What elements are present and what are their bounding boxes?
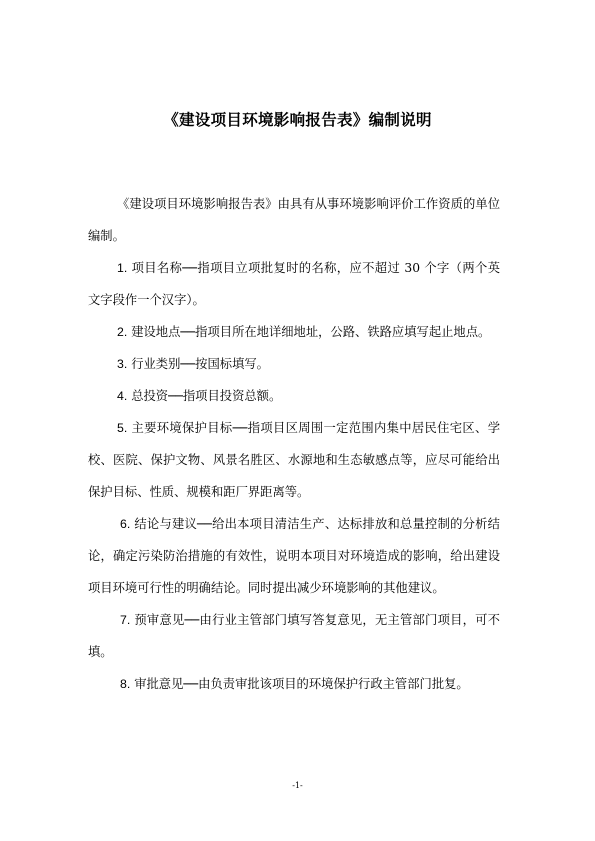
item-number: 8. <box>120 677 130 691</box>
item-text: 结论与建议──给出本项目清洁生产、达标排放和总量控制的分析结论，确定污染防治措施… <box>88 517 500 595</box>
item-number: 1. <box>117 261 127 275</box>
item-8: 8. 审批意见──由负责审批该项目的环境保护行政主管部门批复。 <box>88 668 500 700</box>
item-text: 审批意见──由负责审批该项目的环境保护行政主管部门批复。 <box>134 677 469 691</box>
item-number: 2. <box>117 325 127 339</box>
item-number: 6. <box>120 517 130 531</box>
item-text: 预审意见──由行业主管部门填写答复意见，无主管部门项目，可不填。 <box>88 613 500 659</box>
item-text: 行业类别──按国标填写。 <box>131 357 269 371</box>
item-number: 4. <box>117 389 127 403</box>
item-number: 5. <box>117 421 127 435</box>
item-text: 主要环境保护目标──指项目区周围一定范围内集中居民住宅区、学校、医院、保护文物、… <box>88 421 500 499</box>
item-text: 建设地点──指项目所在地详细地址，公路、铁路应填写起止地点。 <box>131 325 490 339</box>
item-5: 5. 主要环境保护目标──指项目区周围一定范围内集中居民住宅区、学校、医院、保护… <box>88 412 500 508</box>
page-number: -1- <box>0 781 595 790</box>
item-text: 总投资──指项目投资总额。 <box>131 389 281 403</box>
item-number: 3. <box>117 357 127 371</box>
intro-paragraph: 《建设项目环境影响报告表》由具有从事环境影响评价工作资质的单位编制。 <box>88 188 500 252</box>
item-3: 3. 行业类别──按国标填写。 <box>88 348 500 380</box>
item-7: 7. 预审意见──由行业主管部门填写答复意见，无主管部门项目，可不填。 <box>88 604 500 668</box>
item-number: 7. <box>120 613 130 627</box>
item-4: 4. 总投资──指项目投资总额。 <box>88 380 500 412</box>
item-2: 2. 建设地点──指项目所在地详细地址，公路、铁路应填写起止地点。 <box>88 316 500 348</box>
document-body: 《建设项目环境影响报告表》由具有从事环境影响评价工作资质的单位编制。 1. 项目… <box>88 188 500 700</box>
document-title: 《建设项目环境影响报告表》编制说明 <box>0 108 595 130</box>
item-6: 6. 结论与建议──给出本项目清洁生产、达标排放和总量控制的分析结论，确定污染防… <box>88 508 500 604</box>
item-text: 项目名称──指项目立项批复时的名称，应不超过 30 个字（两个英文字段作一个汉字… <box>88 261 500 307</box>
item-1: 1. 项目名称──指项目立项批复时的名称，应不超过 30 个字（两个英文字段作一… <box>88 252 500 316</box>
